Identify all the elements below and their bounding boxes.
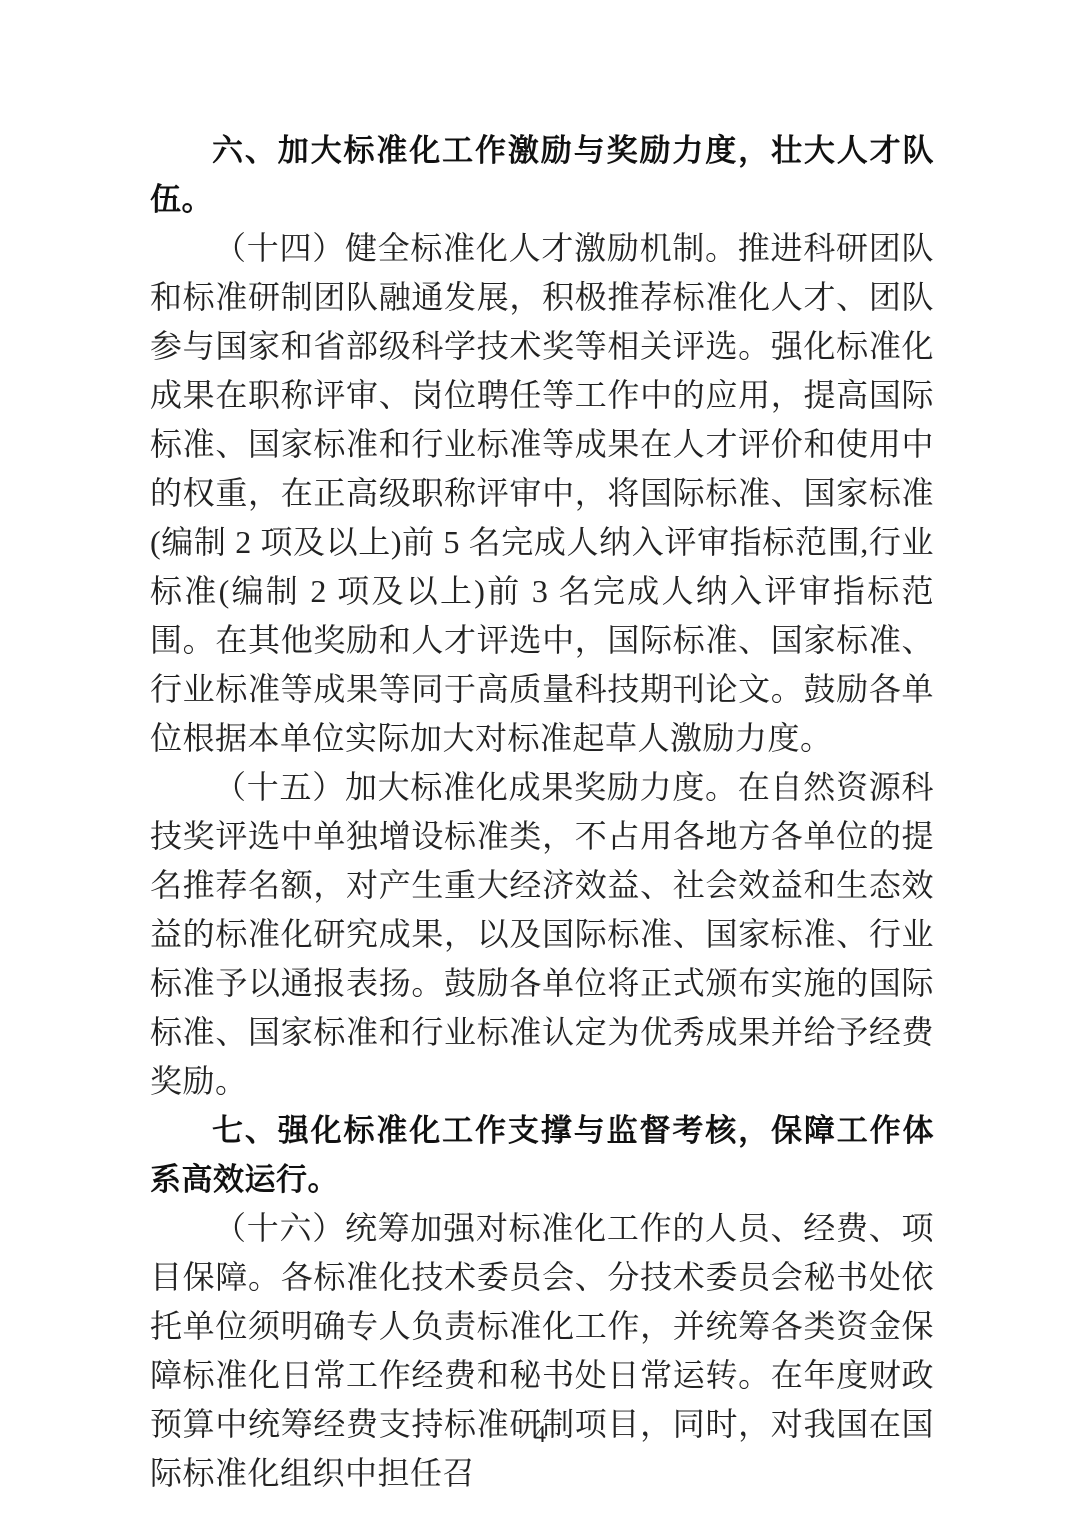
paragraph-15: （十五）加大标准化成果奖励力度。在自然资源科技奖评选中单独增设标准类，不占用各地… — [150, 763, 934, 1106]
paragraph-14: （十四）健全标准化人才激励机制。推进科研团队和标准研制团队融通发展，积极推荐标准… — [150, 224, 934, 763]
section-heading-6: 六、加大标准化工作激励与奖励力度，壮大人才队伍。 — [150, 126, 934, 224]
section-heading-7: 七、强化标准化工作支撑与监督考核，保障工作体系高效运行。 — [150, 1106, 934, 1204]
document-body: 六、加大标准化工作激励与奖励力度，壮大人才队伍。 （十四）健全标准化人才激励机制… — [150, 126, 934, 1498]
page-number: 4 — [534, 1422, 546, 1448]
paragraph-16: （十六）统筹加强对标准化工作的人员、经费、项目保障。各标准化技术委员会、分技术委… — [150, 1204, 934, 1498]
document-page: 六、加大标准化工作激励与奖励力度，壮大人才队伍。 （十四）健全标准化人才激励机制… — [0, 0, 1080, 1527]
page-footer: 4 — [0, 1422, 1080, 1449]
